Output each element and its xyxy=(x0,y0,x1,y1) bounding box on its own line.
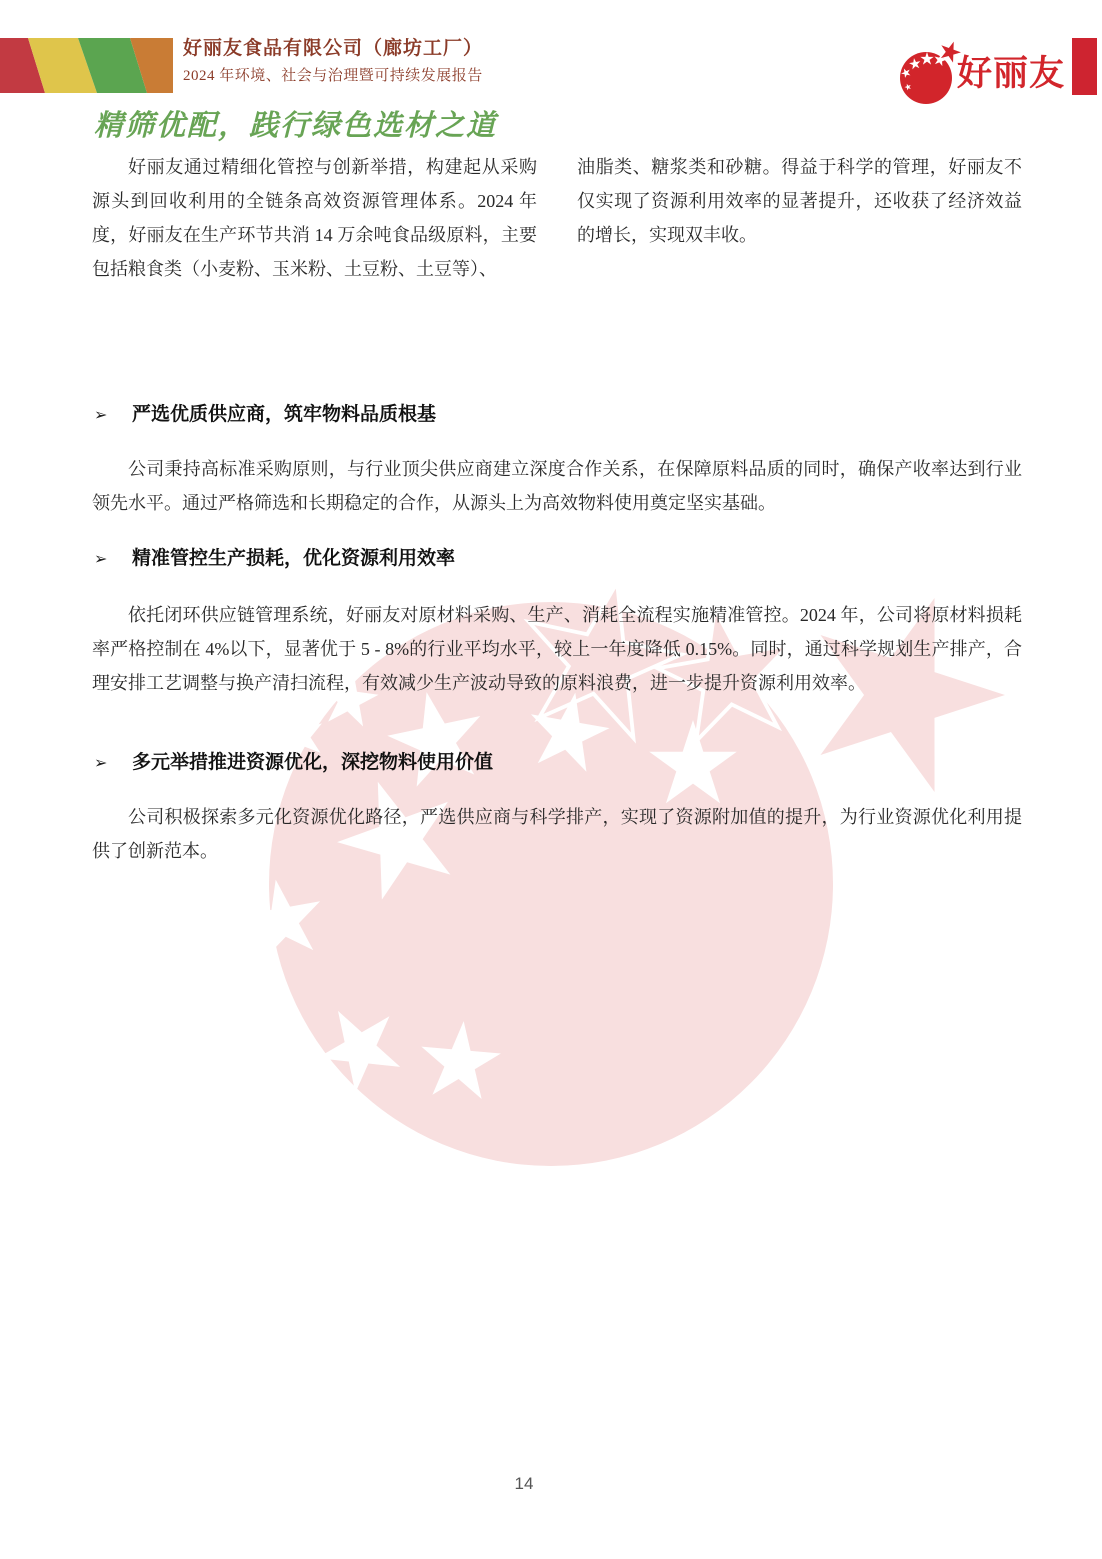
intro-column-right: 油脂类、糖浆类和砂糖。得益于科学的管理，好丽友不仅实现了资源利用效率的显著提升，… xyxy=(577,150,1022,286)
bullet-body-3: 公司积极探索多元化资源优化路径，严选供应商与科学排产，实现了资源附加值的提升，为… xyxy=(92,800,1022,868)
orion-ball-logo-icon xyxy=(897,49,955,107)
bullet-arrow-icon: ➢ xyxy=(94,750,132,776)
page-number: 14 xyxy=(0,1474,1048,1494)
report-title: 2024 年环境、社会与治理暨可持续发展报告 xyxy=(183,65,483,87)
header-text-block: 好丽友食品有限公司（廊坊工厂） 2024 年环境、社会与治理暨可持续发展报告 xyxy=(183,36,483,87)
bullet-arrow-icon: ➢ xyxy=(94,402,132,428)
intro-column-left: 好丽友通过精细化管控与创新举措，构建起从采购源头到回收利用的全链条高效资源管理体… xyxy=(92,150,537,286)
bullet-heading-3: ➢多元举措推进资源优化，深挖物料使用价值 xyxy=(94,750,1022,776)
bullet-heading-2-text: 精准管控生产损耗，优化资源利用效率 xyxy=(132,548,455,569)
bullet-arrow-icon: ➢ xyxy=(94,546,132,572)
bullet-body-1: 公司秉持高标准采购原则，与行业顶尖供应商建立深度合作关系，在保障原料品质的同时，… xyxy=(92,452,1022,520)
orion-logo-text: 好丽友 xyxy=(957,54,1065,94)
bullet-heading-1: ➢严选优质供应商，筑牢物料品质根基 xyxy=(94,402,1022,428)
header-color-stripes xyxy=(0,38,173,93)
company-name: 好丽友食品有限公司（廊坊工厂） xyxy=(183,36,483,62)
report-page: 好丽友食品有限公司（廊坊工厂） 2024 年环境、社会与治理暨可持续发展报告 好… xyxy=(0,0,1102,1559)
bullet-heading-1-text: 严选优质供应商，筑牢物料品质根基 xyxy=(132,404,436,425)
page-title: 精筛优配，践行绿色选材之道 xyxy=(94,108,497,144)
bullet-heading-3-text: 多元举措推进资源优化，深挖物料使用价值 xyxy=(132,752,493,773)
bullet-body-2: 依托闭环供应链管理系统，好丽友对原材料采购、生产、消耗全流程实施精准管控。202… xyxy=(92,598,1022,700)
intro-paragraph: 好丽友通过精细化管控与创新举措，构建起从采购源头到回收利用的全链条高效资源管理体… xyxy=(92,150,1022,286)
header-red-bar xyxy=(1072,38,1097,95)
bullet-heading-2: ➢精准管控生产损耗，优化资源利用效率 xyxy=(94,546,1022,572)
